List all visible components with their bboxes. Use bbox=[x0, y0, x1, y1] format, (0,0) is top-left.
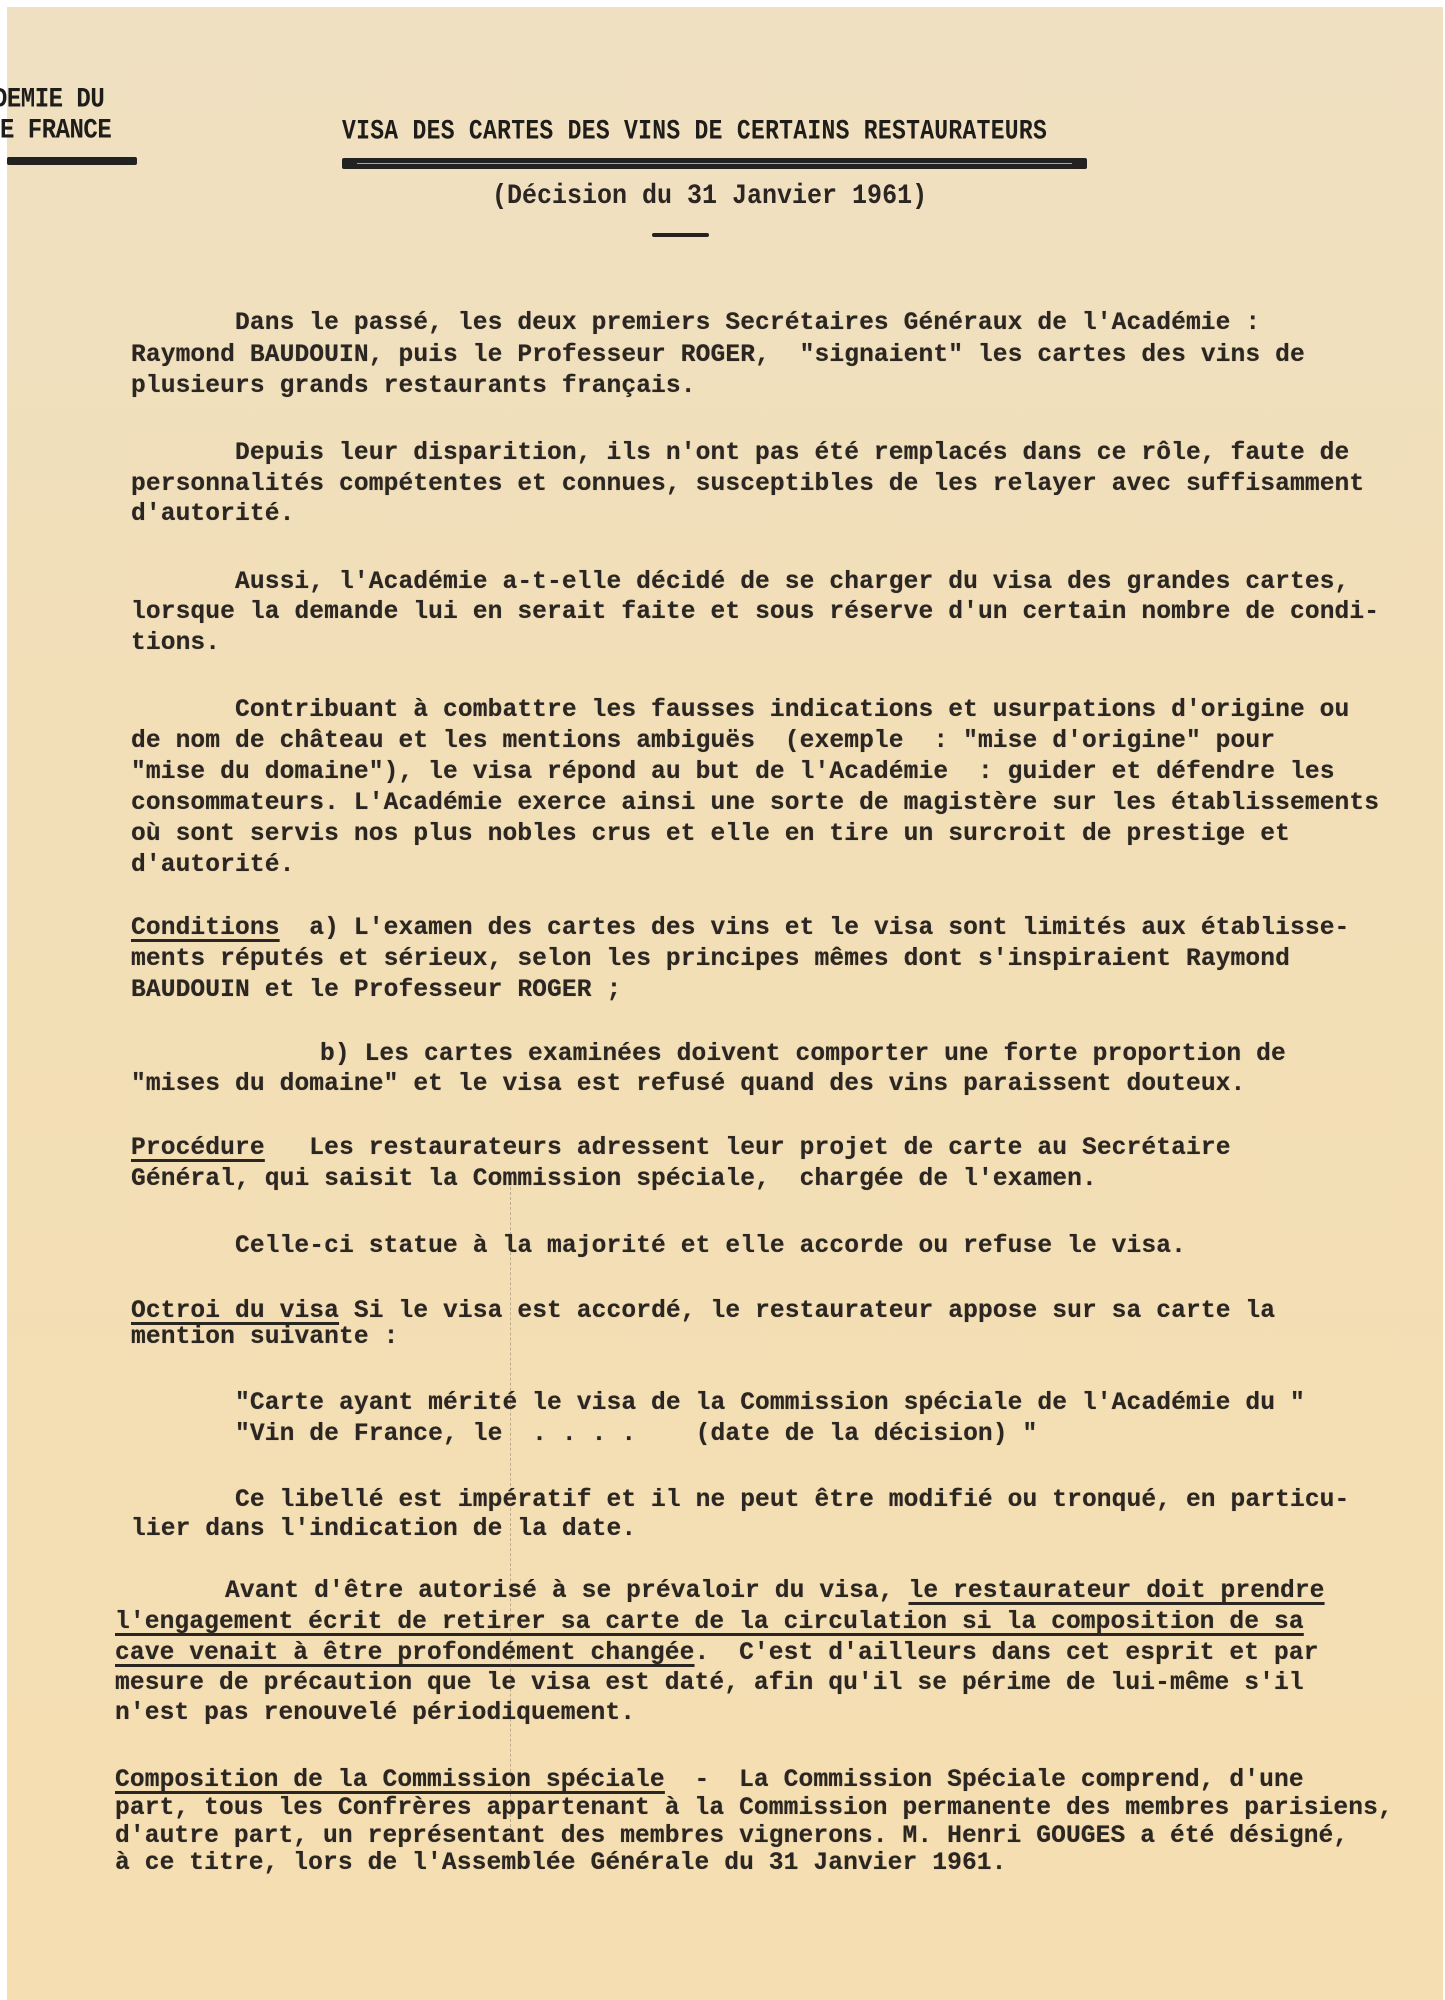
avant-line-1-text: Avant d'être autorisé à se prévaloir du … bbox=[225, 1578, 909, 1605]
subtitle-dash bbox=[652, 233, 709, 237]
conditions-b-line-2: "mises du domaine" et le visa est refusé… bbox=[131, 1073, 1245, 1098]
avant-line-3-underlined: cave venait à être profondément changée bbox=[115, 1640, 695, 1667]
composition-heading: Composition de la Commission spéciale bbox=[115, 1767, 665, 1794]
avant-line-5: n'est pas renouvelé périodiquement. bbox=[115, 1702, 635, 1727]
title-rule bbox=[342, 158, 1087, 169]
composition-line-1: Composition de la Commission spéciale - … bbox=[115, 1769, 1304, 1794]
paragraph-4-line-2: de nom de château et les mentions ambigu… bbox=[131, 730, 1275, 755]
avant-line-1-underlined: le restaurateur doit prendre bbox=[909, 1578, 1325, 1605]
letterhead-line-2: E FRANCE bbox=[0, 118, 111, 146]
paragraph-1-line-2: Raymond BAUDOUIN, puis le Professeur ROG… bbox=[131, 344, 1305, 369]
octroi-line-1: Octroi du visa Si le visa est accordé, l… bbox=[131, 1300, 1275, 1325]
paragraph-2-line-2: personnalités compétentes et connues, su… bbox=[131, 473, 1364, 498]
composition-line-2: part, tous les Confrères appartenant à l… bbox=[115, 1797, 1393, 1822]
avant-line-3: cave venait à être profondément changée.… bbox=[115, 1642, 1319, 1667]
avant-line-1: Avant d'être autorisé à se prévaloir du … bbox=[225, 1580, 1325, 1605]
visa-quote-line-1: "Carte ayant mérité le visa de la Commis… bbox=[235, 1392, 1305, 1417]
page-title: VISA DES CARTES DES VINS DE CERTAINS RES… bbox=[342, 118, 1047, 146]
avant-line-2: l'engagement écrit de retirer sa carte d… bbox=[115, 1611, 1304, 1636]
composition-line-3: d'autre part, un représentant des membre… bbox=[115, 1825, 1348, 1850]
procedure-heading: Procédure bbox=[131, 1135, 265, 1162]
paragraph-2-line-1: Depuis leur disparition, ils n'ont pas é… bbox=[235, 442, 1349, 467]
paragraph-1-line-1: Dans le passé, les deux premiers Secréta… bbox=[235, 312, 1260, 337]
procedure-text: Les restaurateurs adressent leur projet … bbox=[265, 1135, 1231, 1162]
paragraph-2-line-3: d'autorité. bbox=[131, 503, 294, 528]
avant-line-2-underlined: l'engagement écrit de retirer sa carte d… bbox=[115, 1609, 1304, 1636]
paragraph-4-line-4: consommateurs. L'Académie exerce ainsi u… bbox=[131, 792, 1379, 817]
composition-line-4: à ce titre, lors de l'Assemblée Générale… bbox=[115, 1852, 1007, 1877]
octroi-line-2: mention suivante : bbox=[131, 1326, 398, 1351]
paragraph-4-line-3: "mise du domaine"), le visa répond au bu… bbox=[131, 761, 1335, 786]
visa-quote-line-2: "Vin de France, le . . . . (date de la d… bbox=[235, 1423, 1037, 1448]
conditions-a-line-2: ments réputés et sérieux, selon les prin… bbox=[131, 948, 1290, 973]
conditions-a-line-3: BAUDOUIN et le Professeur ROGER ; bbox=[131, 979, 621, 1004]
composition-text: - La Commission Spéciale comprend, d'une bbox=[665, 1767, 1304, 1794]
conditions-a-text: a) L'examen des cartes des vins et le vi… bbox=[280, 915, 1350, 942]
paragraph-4-line-5: où sont servis nos plus nobles crus et e… bbox=[131, 823, 1290, 848]
document-page: DEMIE DU E FRANCE VISA DES CARTES DES VI… bbox=[7, 7, 1443, 2000]
paragraph-3-line-2: lorsque la demande lui en serait faite e… bbox=[131, 601, 1379, 626]
paragraph-3-line-3: tions. bbox=[131, 632, 220, 657]
paragraph-3-line-1: Aussi, l'Académie a-t-elle décidé de se … bbox=[235, 571, 1349, 596]
avant-line-4: mesure de précaution que le visa est dat… bbox=[115, 1672, 1304, 1697]
paragraph-4-line-1: Contribuant à combattre les fausses indi… bbox=[235, 699, 1349, 724]
octroi-note-line-1: Ce libellé est impératif et il ne peut ê… bbox=[235, 1489, 1349, 1514]
page-subtitle: (Décision du 31 Janvier 1961) bbox=[492, 182, 927, 210]
paper-fold-line bbox=[510, 1187, 511, 1837]
procedure-line-1: Procédure Les restaurateurs adressent le… bbox=[131, 1137, 1231, 1162]
conditions-b-line-1: b) Les cartes examinées doivent comporte… bbox=[320, 1043, 1286, 1068]
octroi-heading: Octroi du visa bbox=[131, 1298, 339, 1325]
procedure-line-2: Général, qui saisit la Commission spécia… bbox=[131, 1168, 1097, 1193]
paragraph-4-line-6: d'autorité. bbox=[131, 854, 294, 879]
letterhead-rule bbox=[7, 157, 137, 165]
conditions-heading: Conditions bbox=[131, 915, 280, 942]
octroi-note-line-2: lier dans l'indication de la date. bbox=[131, 1518, 636, 1543]
paragraph-1-line-3: plusieurs grands restaurants français. bbox=[131, 375, 696, 400]
conditions-line-1: Conditions a) L'examen des cartes des vi… bbox=[131, 917, 1349, 942]
octroi-text: Si le visa est accordé, le restaurateur … bbox=[339, 1298, 1275, 1325]
avant-line-3-text: . C'est d'ailleurs dans cet esprit et pa… bbox=[695, 1640, 1319, 1667]
procedure-followup: Celle-ci statue à la majorité et elle ac… bbox=[235, 1235, 1186, 1260]
letterhead-line-1: DEMIE DU bbox=[0, 87, 104, 115]
